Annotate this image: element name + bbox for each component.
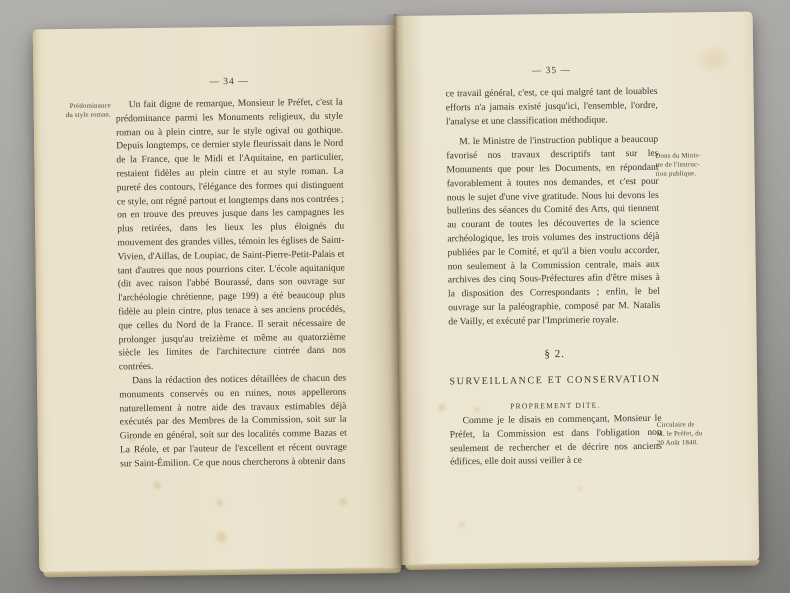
book-photo-background: — 34 — Prédominance du style roman. Un f… xyxy=(0,0,790,593)
open-book: — 34 — Prédominance du style roman. Un f… xyxy=(33,12,760,573)
paragraph-right-2: M. le Ministre de l'instruction publique… xyxy=(446,133,660,329)
foxing-spot xyxy=(216,499,224,506)
paragraph-left-2: Dans la rédaction des notices détaillées… xyxy=(119,372,347,471)
foxing-spot xyxy=(339,498,348,506)
right-page: — 35 — ce travail général, c'est, ce qui… xyxy=(395,12,760,565)
foxing-spot xyxy=(437,403,446,411)
page-number-left: — 34 — xyxy=(115,76,342,89)
foxing-spot xyxy=(697,48,731,70)
section-mark: § 2. xyxy=(449,346,661,362)
margin-note-dons-du-ministre: Dons du Minis- tre de l'instruc- tion pu… xyxy=(655,151,715,179)
foxing-spot xyxy=(576,486,583,492)
paragraph-right-1: ce travail général, c'est, ce qui malgré… xyxy=(446,85,658,129)
foxing-spot xyxy=(215,531,228,543)
margin-note-circulaire: Circulaire de M. le Préfet, du 20 Août 1… xyxy=(657,420,717,448)
right-text-column: ce travail général, c'est, ce qui malgré… xyxy=(446,85,663,470)
foxing-spot xyxy=(152,481,162,490)
paragraph-left-1: Un fait digne de remarque, Monsieur le P… xyxy=(116,96,346,375)
page-number-right: — 35 — xyxy=(445,65,657,78)
margin-note-predominance: Prédominance du style roman. xyxy=(66,101,114,120)
margin-note-line: tion publique. xyxy=(656,169,716,179)
paragraph-right-3: Comme je le disais en commençant, Monsie… xyxy=(449,412,662,470)
section-title: SURVEILLANCE ET CONSERVATION xyxy=(449,373,661,389)
left-text-column: Un fait digne de remarque, Monsieur le P… xyxy=(116,96,348,471)
left-page: — 34 — Prédominance du style roman. Un f… xyxy=(33,25,402,572)
margin-note-line: 20 Août 1840. xyxy=(657,438,717,448)
margin-note-line: du style roman. xyxy=(66,111,114,121)
foxing-spot xyxy=(458,521,466,528)
section-heading-block: § 2. SURVEILLANCE ET CONSERVATION PROPRE… xyxy=(449,346,662,414)
